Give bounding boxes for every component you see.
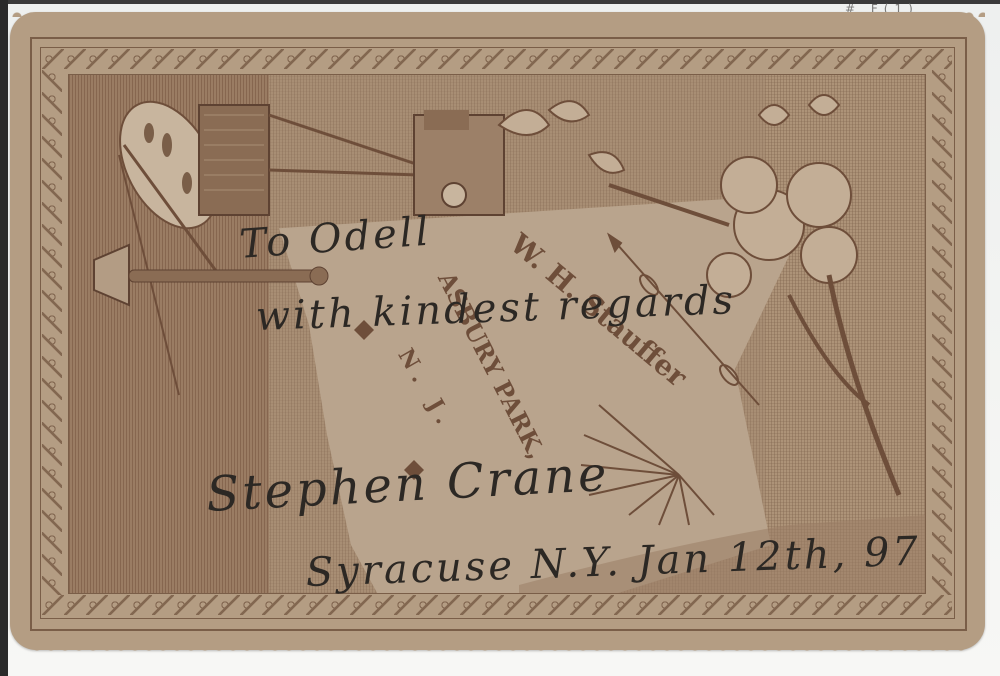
canvas-frame-icon (199, 105, 269, 215)
scanner-edge-left (0, 0, 8, 676)
engraved-illustration (68, 74, 926, 594)
border-pattern-left (42, 70, 62, 595)
border-pattern-right (932, 70, 952, 595)
border-pattern-top (42, 49, 952, 69)
engraving-artwork (69, 75, 925, 593)
cabinet-card: W. H. Stauffer ASBURY PARK, N. J. To Ode… (10, 12, 985, 650)
camera-icon (269, 110, 504, 215)
border-pattern-bottom (42, 595, 952, 615)
